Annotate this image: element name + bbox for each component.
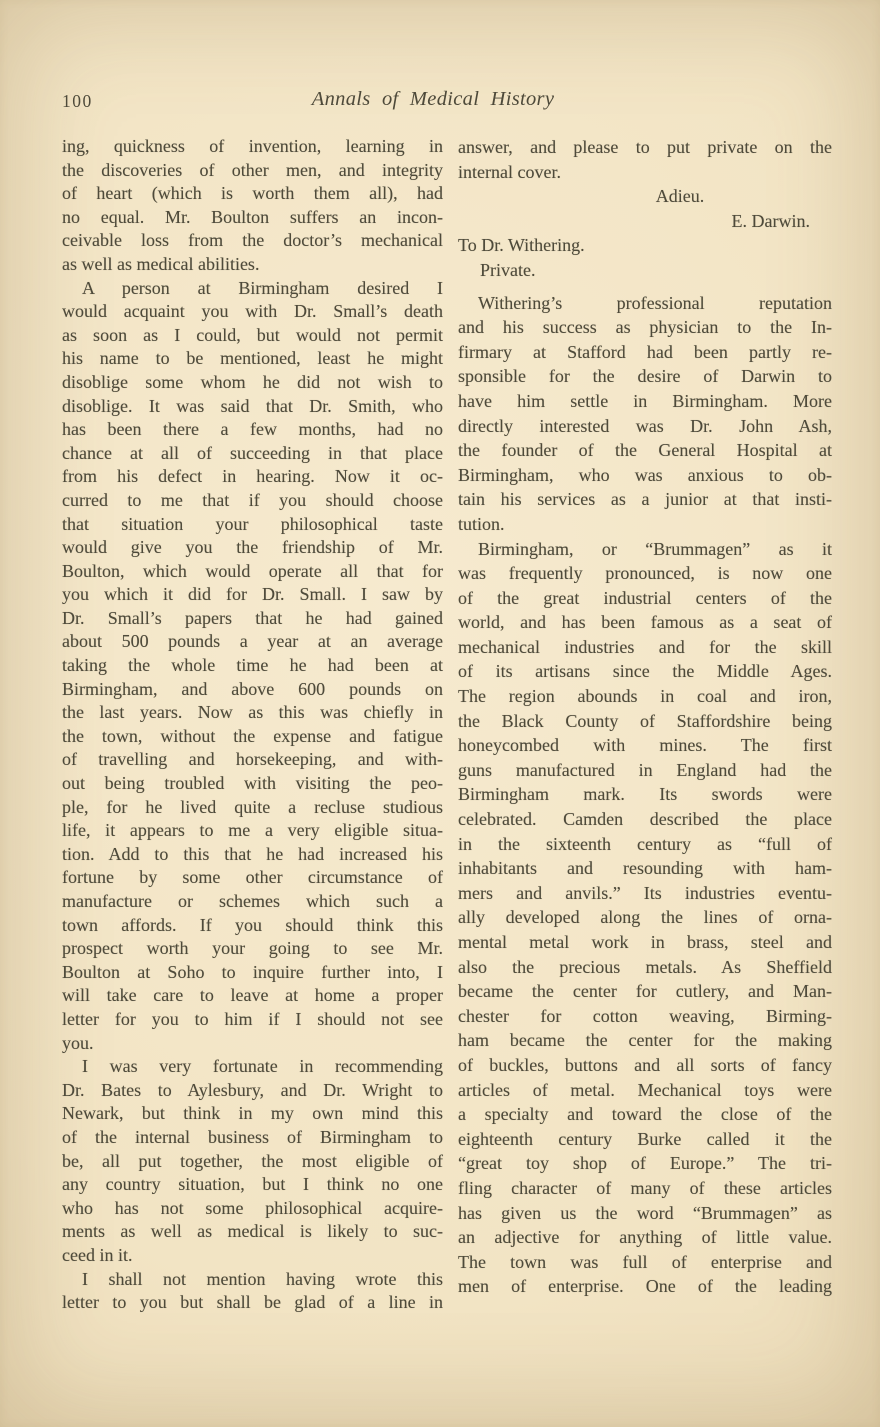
text-line: Private. [458, 258, 832, 283]
text-line: directly interested was Dr. John Ash, [458, 414, 832, 439]
text-line: I was very fortunate in recommending [62, 1055, 443, 1079]
text-line: eighteenth century Burke called it the [458, 1127, 832, 1152]
text-line: chance at all of succeeding in that plac… [62, 442, 443, 466]
text-line: also the precious metals. As Sheffield [458, 955, 832, 980]
text-line: the last years. Now as this was chiefly … [62, 701, 443, 725]
text-line: has given us the word “Brummagen” as [458, 1201, 832, 1226]
text-line: disoblige some whom he did not wish to [62, 371, 443, 395]
text-line: answer, and please to put private on the [458, 135, 832, 160]
text-line: the founder of the General Hospital at [458, 438, 832, 463]
text-line: of travelling and horsekeeping, and with… [62, 748, 443, 772]
text-line: ham became the center for the making [458, 1028, 832, 1053]
paragraph: Birmingham, or “Brummagen” as itwas freq… [458, 537, 832, 1299]
text-line: Birmingham, who was anxious to ob- [458, 463, 832, 488]
text-line: The town was full of enterprise and [458, 1250, 832, 1275]
text-line: Dr. Bates to Aylesbury, and Dr. Wright t… [62, 1079, 443, 1103]
text-line: life, it appears to me a very eligible s… [62, 819, 443, 843]
text-line: and his success as physician to the In- [458, 315, 832, 340]
text-line: fortune by some other circumstance of [62, 866, 443, 890]
text-line: Adieu. [458, 184, 832, 209]
text-line: of the great industrial centers of the [458, 586, 832, 611]
text-line: Boulton at Soho to inquire further into,… [62, 961, 443, 985]
text-line: tain his services as a junior at that in… [458, 487, 832, 512]
text-line: disoblige. It was said that Dr. Smith, w… [62, 395, 443, 419]
text-line: the town, without the expense and fatigu… [62, 725, 443, 749]
text-line: Newark, but think in my own mind this [62, 1102, 443, 1126]
text-line: would give you the friendship of Mr. [62, 536, 443, 560]
text-line: chester for cotton weaving, Birming- [458, 1004, 832, 1029]
text-line: articles of metal. Mechanical toys were [458, 1078, 832, 1103]
text-line: internal cover. [458, 160, 832, 185]
text-line: town affords. If you should think this [62, 914, 443, 938]
text-line: have him settle in Birmingham. More [458, 389, 832, 414]
text-line: E. Darwin. [458, 209, 832, 234]
paragraph: answer, and please to put private on the… [458, 135, 832, 184]
text-line: ceivable loss from the doctor’s mechanic… [62, 229, 443, 253]
paragraph: I shall not mention having wrote thislet… [62, 1268, 443, 1315]
text-line: you which it did for Dr. Small. I saw by [62, 583, 443, 607]
text-line: letter to you but shall be glad of a lin… [62, 1291, 443, 1315]
text-line: I shall not mention having wrote this [62, 1268, 443, 1292]
text-line: of buckles, buttons and all sorts of fan… [458, 1053, 832, 1078]
text-line: Boulton, which would operate all that fo… [62, 560, 443, 584]
text-line: guns manufactured in England had the [458, 758, 832, 783]
text-line: no equal. Mr. Boulton suffers an incon- [62, 206, 443, 230]
text-line: To Dr. Withering. [458, 233, 832, 258]
text-line: tution. [458, 512, 832, 537]
text-line: you. [62, 1032, 443, 1056]
text-line: curred to me that if you should choose [62, 489, 443, 513]
text-line: the Black County of Staffordshire being [458, 709, 832, 734]
text-line: sponsible for the desire of Darwin to [458, 364, 832, 389]
text-line: from his defect in hearing. Now it oc- [62, 465, 443, 489]
text-line: inhabitants and resounding with ham- [458, 856, 832, 881]
paragraph: To Dr. Withering. [458, 233, 832, 258]
text-line: tion. Add to this that he had increased … [62, 843, 443, 867]
text-line: ple, for he lived quite a recluse studio… [62, 796, 443, 820]
text-line: who has not some philosophical acquire- [62, 1197, 443, 1221]
text-line: would acquaint you with Dr. Small’s deat… [62, 300, 443, 324]
text-line: mers and anvils.” Its industries eventu- [458, 881, 832, 906]
text-line: will take care to leave at home a proper [62, 984, 443, 1008]
text-line: celebrated. Camden described the place [458, 807, 832, 832]
text-line: men of enterprise. One of the leading [458, 1274, 832, 1299]
text-line: the discoveries of other men, and integr… [62, 159, 443, 183]
text-line: firmary at Stafford had been partly re- [458, 340, 832, 365]
text-line: of the internal business of Birmingham t… [62, 1126, 443, 1150]
paragraph: Adieu. [458, 184, 832, 209]
text-line: Withering’s professional reputation [458, 291, 832, 316]
text-line: Dr. Small’s papers that he had gained [62, 607, 443, 631]
journal-title: Annals of Medical History [48, 88, 818, 111]
text-line: a specialty and toward the close of the [458, 1102, 832, 1127]
text-line: Birmingham, and above 600 pounds on [62, 678, 443, 702]
text-line: Birmingham, or “Brummagen” as it [458, 537, 832, 562]
text-line: was frequently pronounced, is now one [458, 561, 832, 586]
text-line: ments as well as medical is likely to su… [62, 1220, 443, 1244]
text-line: A person at Birmingham desired I [62, 277, 443, 301]
text-line: mental metal work in brass, steel and [458, 930, 832, 955]
text-line: as soon as I could, but would not permit [62, 324, 443, 348]
paragraph: I was very fortunate in recommendingDr. … [62, 1055, 443, 1267]
text-line: about 500 pounds a year at an average [62, 630, 443, 654]
text-line: of heart (which is worth them all), had [62, 182, 443, 206]
text-line: out being troubled with visiting the peo… [62, 772, 443, 796]
text-line: be, all put together, the most eligible … [62, 1150, 443, 1174]
page-header: 100 Annals of Medical History [62, 88, 832, 118]
text-line: ing, quickness of invention, learning in [62, 135, 443, 159]
text-line: of its artisans since the Middle Ages. [458, 659, 832, 684]
text-line: his name to be mentioned, least he might [62, 347, 443, 371]
paragraph: Withering’s professional reputationand h… [458, 291, 832, 537]
text-line: The region abounds in coal and iron, [458, 684, 832, 709]
text-line: mechanical industries and for the skill [458, 635, 832, 660]
text-line: world, and has been famous as a seat of [458, 610, 832, 635]
paragraph: ing, quickness of invention, learning in… [62, 135, 443, 277]
text-line: letter for you to him if I should not se… [62, 1008, 443, 1032]
text-line: taking the whole time he had been at [62, 654, 443, 678]
paragraph: E. Darwin. [458, 209, 832, 234]
right-column: answer, and please to put private on the… [458, 135, 832, 1299]
text-line: Birmingham mark. Its swords were [458, 782, 832, 807]
paragraph: A person at Birmingham desired Iwould ac… [62, 277, 443, 1056]
text-line: fling character of many of these article… [458, 1176, 832, 1201]
text-line: as well as medical abilities. [62, 253, 443, 277]
text-line: ceed in it. [62, 1244, 443, 1268]
text-line: honeycombed with mines. The first [458, 733, 832, 758]
text-line: that situation your philosophical taste [62, 513, 443, 537]
paragraph: Private. [458, 258, 832, 283]
text-line: “great toy shop of Europe.” The tri- [458, 1151, 832, 1176]
text-line: ally developed along the lines of orna- [458, 905, 832, 930]
text-line: manufacture or schemes which such a [62, 890, 443, 914]
text-line: has been there a few months, had no [62, 418, 443, 442]
text-line: became the center for cutlery, and Man- [458, 979, 832, 1004]
book-page: 100 Annals of Medical History ing, quick… [0, 0, 880, 1427]
text-line: in the sixteenth century as “full of [458, 832, 832, 857]
left-column: ing, quickness of invention, learning in… [62, 135, 443, 1315]
text-line: any country situation, but I think no on… [62, 1173, 443, 1197]
text-line: an adjective for anything of little valu… [458, 1225, 832, 1250]
text-line: prospect worth your going to see Mr. [62, 937, 443, 961]
